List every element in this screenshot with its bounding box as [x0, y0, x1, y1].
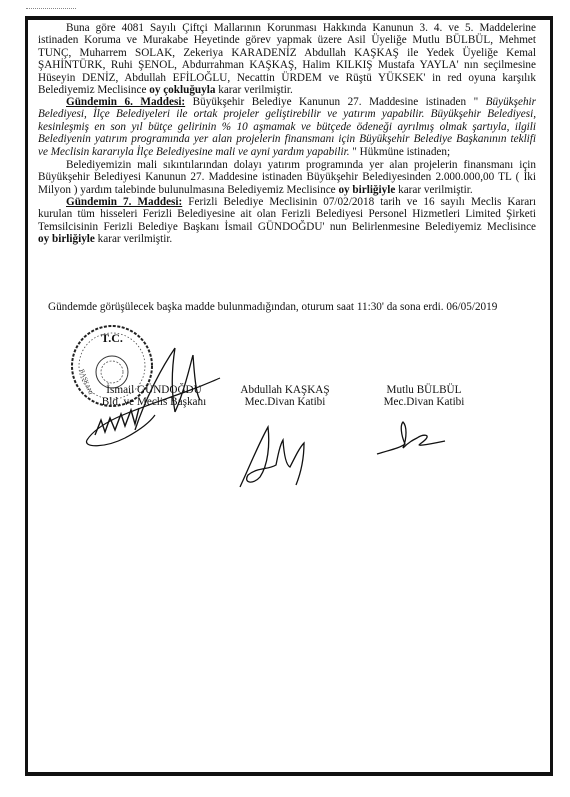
text-run: Büyükşehir Belediyesi Kanunun 27. Maddes…: [38, 171, 536, 183]
text-run: istinaden Koruma ve Murakabe Heyetinde g…: [38, 34, 536, 46]
paragraph-text: Buna göre 4081 Sayılı Çiftçi Mallarının …: [38, 22, 536, 96]
clerk-2-signature-icon: [375, 420, 450, 460]
text-run: TUNÇ, Muharrem SOLAK, Zekeriya KARADENİZ…: [38, 47, 536, 59]
italic-text: ve Meclisin kararıyla İlçe Belediyesine …: [38, 146, 350, 158]
signatory-clerk-1: Abdullah KAŞKAŞ Mec.Divan Katibi: [225, 384, 345, 409]
text-run: Buna göre 4081 Sayılı Çiftçi Mallarının …: [66, 22, 536, 34]
text-line: TUNÇ, Muharrem SOLAK, Zekeriya KARADENİZ…: [38, 47, 536, 59]
text-line: Milyon ) yardım talebinde bulunulmasına …: [38, 184, 536, 196]
text-line: Gündemin 6. Maddesi: Büyükşehir Belediye…: [38, 96, 536, 108]
mayor-signature-icon: [75, 340, 215, 450]
text-run: Ferizli Belediye Meclisinin 07/02/2018 t…: [182, 196, 536, 208]
scan-artifact: [26, 8, 76, 12]
text-run: Milyon ) yardım talebinde bulunulmasına …: [38, 184, 338, 196]
text-line: Belediyenin yatırım programında yer alan…: [38, 133, 536, 145]
signatory-clerk-2: Mutlu BÜLBÜL Mec.Divan Katibi: [364, 384, 484, 409]
text-line: Temsilcisinin Ferizli Belediye Başkanı İ…: [38, 221, 536, 233]
text-line: oy birliğiyle karar verilmiştir.: [38, 233, 536, 245]
signatory-name: Abdullah KAŞKAŞ: [225, 384, 345, 396]
closing-statement: Gündemde görüşülecek başka madde bulunma…: [48, 301, 497, 313]
text-line: kesinleşmiş en son yıl bütçe gelirinin %…: [38, 121, 536, 133]
text-run: karar verilmiştir.: [95, 233, 172, 245]
paragraph-agenda-item-7: Gündemin 7. Maddesi: Ferizli Belediye Me…: [38, 196, 536, 246]
text-line: ŞAHİNTÜRK, Ruhi ŞENOL, Abdurrahman KAŞKA…: [38, 59, 536, 71]
paragraph-text: Gündemin 6. Maddesi: Büyükşehir Belediye…: [38, 96, 536, 158]
clerk-1-signature-icon: [238, 425, 318, 495]
text-run: Büyükşehir Belediye Kanunun 27. Maddesin…: [185, 96, 486, 108]
bold-text: oy birliğiyle: [338, 184, 395, 196]
text-run: kurulan tüm hisseleri Ferizli Belediyesi…: [38, 208, 536, 220]
italic-text: Büyükşehir: [486, 96, 536, 108]
bold-text: oy çokluğuyla: [149, 84, 215, 96]
paragraph-text: Belediyemizin mali sıkıntılarından dolay…: [38, 159, 536, 196]
text-line: Büyükşehir Belediyesi Kanunun 27. Maddes…: [38, 171, 536, 183]
text-line: kurulan tüm hisseleri Ferizli Belediyesi…: [38, 208, 536, 220]
text-run: Belediyemiz Meclisince: [38, 84, 149, 96]
bold-text: oy birliğiyle: [38, 233, 95, 245]
text-run: Hüseyin DENİZ, Abdullah EFİLOĞLU, Necatt…: [38, 72, 536, 84]
agenda-item-heading: Gündemin 6. Maddesi:: [66, 96, 185, 108]
text-run: " Hükmüne istinaden;: [350, 146, 451, 158]
paragraph-agenda-item-6: Gündemin 6. Maddesi: Büyükşehir Belediye…: [38, 96, 536, 158]
signatory-name: Mutlu BÜLBÜL: [364, 384, 484, 396]
text-run: ŞAHİNTÜRK, Ruhi ŞENOL, Abdurrahman KAŞKA…: [38, 59, 536, 71]
text-line: Buna göre 4081 Sayılı Çiftçi Mallarının …: [38, 22, 536, 34]
text-line: Belediyemizin mali sıkıntılarından dolay…: [38, 159, 536, 171]
text-line: Gündemin 7. Maddesi: Ferizli Belediye Me…: [38, 196, 536, 208]
paragraph-funding-request: Belediyemizin mali sıkıntılarından dolay…: [38, 159, 536, 196]
agenda-item-heading: Gündemin 7. Maddesi:: [66, 196, 182, 208]
text-run: karar verilmiştir.: [395, 184, 472, 196]
italic-text: kesinleşmiş en son yıl bütçe gelirinin %…: [38, 121, 536, 133]
text-run: Temsilcisinin Ferizli Belediye Başkanı İ…: [38, 221, 536, 233]
text-line: Belediyesi, İlçe Belediyeleri ile ortak …: [38, 108, 536, 120]
text-line: ve Meclisin kararıyla İlçe Belediyesine …: [38, 146, 536, 158]
paragraph-text: Gündemin 7. Maddesi: Ferizli Belediye Me…: [38, 196, 536, 246]
text-line: Hüseyin DENİZ, Abdullah EFİLOĞLU, Necatt…: [38, 72, 536, 84]
paragraph-koruma-murakabe: Buna göre 4081 Sayılı Çiftçi Mallarının …: [38, 22, 536, 96]
text-run: karar verilmiştir.: [215, 84, 292, 96]
text-run: Belediyemizin mali sıkıntılarından dolay…: [66, 159, 536, 171]
signatory-role: Mec.Divan Katibi: [364, 396, 484, 408]
italic-text: Belediyesi, İlçe Belediyeleri ile ortak …: [38, 108, 536, 120]
italic-text: Belediyenin yatırım programında yer alan…: [38, 133, 536, 145]
text-line: Belediyemiz Meclisince oy çokluğuyla kar…: [38, 84, 536, 96]
signatory-role: Mec.Divan Katibi: [225, 396, 345, 408]
text-line: istinaden Koruma ve Murakabe Heyetinde g…: [38, 34, 536, 46]
